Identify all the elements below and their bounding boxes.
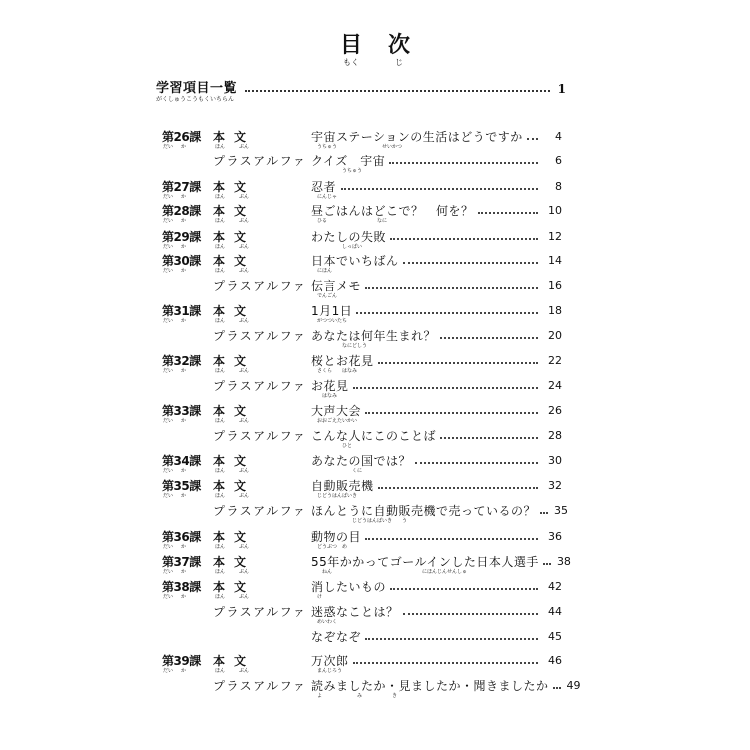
entry-title-ruby: さくら はなみ	[311, 368, 374, 374]
lesson-ruby: だいか	[162, 594, 201, 600]
section-type-main-text: 本文ほんぶん	[213, 254, 255, 274]
section-type-label: 本文	[213, 204, 255, 218]
ruby-text: だい	[163, 144, 173, 150]
entry-title-ruby: ねん にほんじんせんしゅ	[311, 569, 539, 575]
page-number: 1	[558, 82, 566, 96]
ruby-text: ぶん	[239, 268, 249, 274]
ruby-text: ほん	[215, 268, 225, 274]
entry-title-line: 動物の目どうぶつ め36	[311, 530, 562, 550]
toc-entry[interactable]: 第26課だいか本文ほんぶん宇宙ステーションの生活はどうですかうちゅう せいかつ4	[162, 130, 562, 154]
section-type-main-text: 本文ほんぶん	[213, 454, 255, 474]
ruby-text: か	[181, 668, 186, 674]
entry-title-line: 日本でいちばんにほん14	[311, 254, 562, 274]
lesson-label: 第37課	[162, 555, 201, 569]
lesson-number: 第34課だいか	[162, 454, 201, 474]
dot-leader	[390, 230, 538, 240]
lesson-label: 第31課	[162, 304, 201, 318]
section-type-label: 本文	[213, 304, 255, 318]
entry-title: なぞなぞ	[311, 630, 361, 644]
lesson-ruby: だいか	[162, 318, 201, 324]
section-type-ruby: ほんぶん	[213, 144, 255, 150]
section-type-label: プラスアルファ	[213, 504, 306, 518]
section-type-label: 本文	[213, 130, 255, 144]
page-number: 46	[544, 654, 562, 668]
lesson-ruby: だいか	[162, 493, 201, 499]
page-title: 目 もく 次 じ	[0, 34, 750, 67]
toc-entry[interactable]: プラスアルファこんな人にこのことば ひと28	[162, 429, 562, 453]
entry-title-line: 昼ごはんはどこで？ 何を？ひる なに10	[311, 204, 562, 224]
page-number: 45	[544, 630, 562, 644]
ruby-text: か	[181, 493, 186, 499]
page-number: 16	[544, 279, 562, 293]
page-number: 22	[544, 354, 562, 368]
section-type-plus-alpha: プラスアルファ	[213, 279, 306, 293]
lesson-ruby: だいか	[162, 244, 201, 250]
dot-leader	[389, 154, 538, 164]
toc-entry[interactable]: プラスアルファクイズ 宇宙 うちゅう6	[162, 154, 562, 178]
entry-title: お花見	[311, 379, 349, 393]
section-type-main-text: 本文ほんぶん	[213, 304, 255, 324]
entry-title-line: なぞなぞ45	[311, 630, 562, 644]
ruby-text: か	[181, 544, 186, 550]
section-type-ruby: ほんぶん	[213, 218, 255, 224]
entry-title-ruby: うちゅう	[311, 168, 385, 174]
lesson-ruby: だいか	[162, 368, 201, 374]
ruby-text: ぶん	[239, 569, 249, 575]
dot-leader	[356, 304, 538, 314]
lesson-label: 第27課	[162, 180, 201, 194]
lesson-number: 第33課だいか	[162, 404, 201, 424]
entry-title: あなたの国では？	[311, 454, 411, 468]
lesson-label: 第26課	[162, 130, 201, 144]
ruby-text: ほん	[215, 418, 225, 424]
lesson-label: 第28課	[162, 204, 201, 218]
lesson-ruby: だいか	[162, 544, 201, 550]
lesson-label: 第35課	[162, 479, 201, 493]
ruby-text: ぶん	[239, 594, 249, 600]
section-type-ruby: ほんぶん	[213, 244, 255, 250]
lesson-number: 第36課だいか	[162, 530, 201, 550]
ruby-text: ぶん	[239, 194, 249, 200]
entry-title-line: 忍者にんじゃ8	[311, 180, 562, 200]
page-number: 6	[544, 154, 562, 168]
ruby-text: ぶん	[239, 318, 249, 324]
entry-title-ruby: け	[311, 594, 386, 600]
title-ruby: もく	[343, 58, 359, 67]
entry-title: 伝言メモ	[311, 279, 361, 293]
dot-leader	[353, 654, 538, 664]
lesson-number: 第35課だいか	[162, 479, 201, 499]
section-type-plus-alpha: プラスアルファ	[213, 154, 306, 168]
ruby-text: か	[181, 218, 186, 224]
entry-title: 昼ごはんはどこで？ 何を？	[311, 204, 474, 218]
section-type-main-text: 本文ほんぶん	[213, 354, 255, 374]
entry-title-ruby: うちゅう せいかつ	[311, 144, 523, 150]
section-type-main-text: 本文ほんぶん	[213, 580, 255, 600]
section-type-label: プラスアルファ	[213, 154, 306, 168]
page-number: 30	[544, 454, 562, 468]
entry-title-ruby: ひる なに	[311, 218, 474, 224]
section-type-label: プラスアルファ	[213, 329, 306, 343]
entry-title-line: ほんとうに自動販売機で売っているの？ じどうはんばいき う35	[311, 504, 562, 524]
ruby-text: だい	[163, 218, 173, 224]
section-type-main-text: 本文ほんぶん	[213, 479, 255, 499]
toc-entry[interactable]: プラスアルファほんとうに自動販売機で売っているの？ じどうはんばいき う35	[162, 504, 562, 528]
entry-title-line: 55年かかってゴールインした日本人選手 ねん にほんじんせんしゅ38	[311, 555, 562, 575]
dot-leader	[440, 429, 538, 439]
entry-title-line: 消したいものけ42	[311, 580, 562, 600]
section-type-plus-alpha: プラスアルファ	[213, 429, 306, 443]
lesson-ruby: だいか	[162, 569, 201, 575]
section-type-ruby: ほんぶん	[213, 569, 255, 575]
entry-title-ruby: にんじゃ	[311, 194, 337, 200]
ruby-text: ぶん	[239, 368, 249, 374]
entry-title: ほんとうに自動販売機で売っているの？	[311, 504, 536, 518]
dot-leader	[540, 504, 548, 514]
entry-title-line: あなたは何年生まれ？ なにどしう20	[311, 329, 562, 349]
ruby-text: か	[181, 368, 186, 374]
lesson-label: 第36課	[162, 530, 201, 544]
section-type-main-text: 本文ほんぶん	[213, 230, 255, 250]
section-type-main-text: 本文ほんぶん	[213, 180, 255, 200]
ruby-text: ほん	[215, 569, 225, 575]
entry-title: 日本でいちばん	[311, 254, 399, 268]
ruby-text: か	[181, 318, 186, 324]
page-number: 36	[544, 530, 562, 544]
ruby-text: だい	[163, 244, 173, 250]
entry-title: 桜とお花見	[311, 354, 374, 368]
entry-title-ruby: がつついたち	[311, 318, 352, 324]
entry-title-ruby: おおごえたいかい	[311, 418, 361, 424]
ruby-text: か	[181, 418, 186, 424]
entry-title: 自動販売機	[311, 479, 374, 493]
section-type-label: プラスアルファ	[213, 605, 306, 619]
entry-title-line: 読みましたか・見ましたか・聞きましたかよ み き49	[311, 679, 562, 699]
dot-leader	[527, 130, 538, 140]
dot-leader	[378, 354, 538, 364]
toc-entry[interactable]: プラスアルファ読みましたか・見ましたか・聞きましたかよ み き49	[162, 679, 562, 703]
section-type-main-text: 本文ほんぶん	[213, 555, 255, 575]
dot-leader	[341, 180, 538, 190]
lesson-label: 第30課	[162, 254, 201, 268]
entry-title: 消したいもの	[311, 580, 386, 594]
ruby-text: ほん	[215, 493, 225, 499]
ruby-text: ほん	[215, 668, 225, 674]
entry-title: 忍者	[311, 180, 337, 194]
lesson-number: 第39課だいか	[162, 654, 201, 674]
lesson-label: 第39課	[162, 654, 201, 668]
page-number: 38	[557, 555, 571, 569]
ruby-text: ぶん	[239, 218, 249, 224]
ruby-text: だい	[163, 594, 173, 600]
entry-title: わたしの失敗	[311, 230, 386, 244]
lesson-number: 第30課だいか	[162, 254, 201, 274]
section-type-ruby: ほんぶん	[213, 493, 255, 499]
lesson-ruby: だいか	[162, 194, 201, 200]
section-type-label: プラスアルファ	[213, 379, 306, 393]
toc-entry[interactable]: 第39課だいか本文ほんぶん万次郎まんじろう46	[162, 654, 562, 678]
dot-leader	[390, 580, 538, 590]
entry-title-ruby: じどうはんばいき	[311, 493, 374, 499]
section-type-label: 本文	[213, 530, 255, 544]
toc-entry[interactable]: 第36課だいか本文ほんぶん動物の目どうぶつ め36	[162, 530, 562, 554]
ruby-text: ほん	[215, 368, 225, 374]
lesson-number: 第38課だいか	[162, 580, 201, 600]
section-type-main-text: 本文ほんぶん	[213, 204, 255, 224]
toc-entry[interactable]: なぞなぞ45	[162, 630, 562, 654]
lesson-ruby: だいか	[162, 468, 201, 474]
entry-title: 1月1日	[311, 304, 352, 318]
ruby-text: ほん	[215, 144, 225, 150]
ruby-text: か	[181, 268, 186, 274]
section-type-label: 本文	[213, 580, 255, 594]
section-type-main-text: 本文ほんぶん	[213, 404, 255, 424]
lesson-label: 第29課	[162, 230, 201, 244]
title-ruby: じ	[395, 58, 403, 67]
page-number: 28	[544, 429, 562, 443]
toc-entry[interactable]: プラスアルファあなたは何年生まれ？ なにどしう20	[162, 329, 562, 353]
ruby-text: ほん	[215, 594, 225, 600]
page-number: 26	[544, 404, 562, 418]
toc-entry[interactable]: 第27課だいか本文ほんぶん忍者にんじゃ8	[162, 180, 562, 204]
lesson-ruby: だいか	[162, 218, 201, 224]
dot-leader	[378, 479, 538, 489]
toc-entry-overview[interactable]: 学習項目一覧 がくしゅうこうもくいちらん 1	[156, 82, 566, 103]
entry-title-ruby: ひと	[311, 443, 436, 449]
ruby-text: か	[181, 144, 186, 150]
ruby-text: だい	[163, 268, 173, 274]
dot-leader	[365, 530, 538, 540]
page-number: 35	[554, 504, 568, 518]
ruby-text: ほん	[215, 468, 225, 474]
toc-page: 目 もく 次 じ 学習項目一覧 がくしゅうこうもくいちらん 1 第26課だいか本…	[0, 0, 750, 750]
ruby-text: だい	[163, 368, 173, 374]
entry-title: あなたは何年生まれ？	[311, 329, 436, 343]
entry-title-ruby: めいわく	[311, 619, 399, 625]
page-number: 10	[544, 204, 562, 218]
lesson-ruby: だいか	[162, 668, 201, 674]
lesson-number: 第26課だいか	[162, 130, 201, 150]
ruby-text: ほん	[215, 318, 225, 324]
entry-title-line: お花見 はなみ24	[311, 379, 562, 399]
section-type-label: プラスアルファ	[213, 429, 306, 443]
ruby-text: だい	[163, 194, 173, 200]
toc-entry[interactable]: 第38課だいか本文ほんぶん消したいものけ42	[162, 580, 562, 604]
section-type-main-text: 本文ほんぶん	[213, 654, 255, 674]
ruby-text: か	[181, 194, 186, 200]
ruby-text: だい	[163, 569, 173, 575]
entry-title-line: こんな人にこのことば ひと28	[311, 429, 562, 449]
ruby-text: だい	[163, 493, 173, 499]
ruby-text: か	[181, 244, 186, 250]
title-kanji: 目	[340, 34, 362, 58]
entry-title-line: わたしの失敗 しっぱい12	[311, 230, 562, 250]
lesson-label: 第32課	[162, 354, 201, 368]
section-type-label: 本文	[213, 354, 255, 368]
section-type-label: 本文	[213, 230, 255, 244]
dot-leader	[553, 679, 561, 689]
toc-entry[interactable]: 第35課だいか本文ほんぶん自動販売機じどうはんばいき32	[162, 479, 562, 503]
section-type-plus-alpha: プラスアルファ	[213, 605, 306, 619]
page-number: 44	[544, 605, 562, 619]
entry-title-line: 自動販売機じどうはんばいき32	[311, 479, 562, 499]
lesson-label: 第34課	[162, 454, 201, 468]
section-type-ruby: ほんぶん	[213, 268, 255, 274]
toc-entry[interactable]: プラスアルファお花見 はなみ24	[162, 379, 562, 403]
toc-entry[interactable]: 第29課だいか本文ほんぶんわたしの失敗 しっぱい12	[162, 230, 562, 254]
section-type-ruby: ほんぶん	[213, 368, 255, 374]
ruby-text: ほん	[215, 218, 225, 224]
entry-title-line: クイズ 宇宙 うちゅう6	[311, 154, 562, 174]
lesson-ruby: だいか	[162, 144, 201, 150]
entry-title-ruby: くに	[311, 468, 411, 474]
entry-title: こんな人にこのことば	[311, 429, 436, 443]
ruby-text: か	[181, 569, 186, 575]
dot-leader	[415, 454, 538, 464]
lesson-number: 第29課だいか	[162, 230, 201, 250]
dot-leader	[403, 605, 538, 615]
title-kanji: 次	[388, 34, 410, 58]
entry-title-line: 1月1日がつついたち18	[311, 304, 562, 324]
dot-leader	[403, 254, 538, 264]
section-type-plus-alpha: プラスアルファ	[213, 504, 306, 518]
lesson-label: 第38課	[162, 580, 201, 594]
ruby-text: だい	[163, 544, 173, 550]
entry-title-ruby: なにどしう	[311, 343, 436, 349]
page-number: 4	[544, 130, 562, 144]
entry-title: 万次郎	[311, 654, 349, 668]
toc-entry[interactable]: プラスアルファ迷惑なことは？めいわく44	[162, 605, 562, 629]
ruby-text: ぶん	[239, 244, 249, 250]
ruby-text: ぶん	[239, 544, 249, 550]
ruby-text: だい	[163, 668, 173, 674]
lesson-number: 第27課だいか	[162, 180, 201, 200]
overview-ruby: がくしゅうこうもくいちらん	[156, 96, 237, 103]
page-number: 8	[544, 180, 562, 194]
section-type-ruby: ほんぶん	[213, 194, 255, 200]
toc-entry[interactable]: 第33課だいか本文ほんぶん大声大会おおごえたいかい26	[162, 404, 562, 428]
entry-title-line: 大声大会おおごえたいかい26	[311, 404, 562, 424]
section-type-ruby: ほんぶん	[213, 668, 255, 674]
toc-entry[interactable]: 第31課だいか本文ほんぶん1月1日がつついたち18	[162, 304, 562, 328]
ruby-text: ほん	[215, 194, 225, 200]
dot-leader	[543, 555, 551, 565]
section-type-ruby: ほんぶん	[213, 594, 255, 600]
section-type-plus-alpha: プラスアルファ	[213, 679, 306, 693]
ruby-text: か	[181, 468, 186, 474]
entry-title: 55年かかってゴールインした日本人選手	[311, 555, 539, 569]
section-type-label: 本文	[213, 454, 255, 468]
toc-entry[interactable]: 第28課だいか本文ほんぶん昼ごはんはどこで？ 何を？ひる なに10	[162, 204, 562, 228]
section-type-main-text: 本文ほんぶん	[213, 530, 255, 550]
ruby-text: ほん	[215, 244, 225, 250]
entry-title-line: 迷惑なことは？めいわく44	[311, 605, 562, 625]
entry-title-ruby: よ み き	[311, 693, 549, 699]
section-type-plus-alpha: プラスアルファ	[213, 329, 306, 343]
toc-entry[interactable]: 第32課だいか本文ほんぶん桜とお花見さくら はなみ22	[162, 354, 562, 378]
ruby-text: ぶん	[239, 668, 249, 674]
page-number: 42	[544, 580, 562, 594]
toc-entry[interactable]: 第34課だいか本文ほんぶんあなたの国では？ くに30	[162, 454, 562, 478]
section-type-label: 本文	[213, 180, 255, 194]
section-type-label: 本文	[213, 254, 255, 268]
section-type-ruby: ほんぶん	[213, 468, 255, 474]
page-number: 49	[567, 679, 581, 693]
entry-title-line: 万次郎まんじろう46	[311, 654, 562, 674]
title-char: 目 もく	[340, 34, 362, 67]
section-type-label: 本文	[213, 404, 255, 418]
dot-leader	[478, 204, 538, 214]
ruby-text: ぶん	[239, 468, 249, 474]
lesson-label: 第33課	[162, 404, 201, 418]
section-type-ruby: ほんぶん	[213, 544, 255, 550]
ruby-text: だい	[163, 468, 173, 474]
toc-entry[interactable]: 第30課だいか本文ほんぶん日本でいちばんにほん14	[162, 254, 562, 278]
lesson-number: 第32課だいか	[162, 354, 201, 374]
entry-title-ruby: はなみ	[311, 393, 349, 399]
section-type-plus-alpha: プラスアルファ	[213, 379, 306, 393]
entry-title: 迷惑なことは？	[311, 605, 399, 619]
entry-title-ruby: じどうはんばいき う	[311, 518, 536, 524]
section-type-label: 本文	[213, 479, 255, 493]
entry-title-ruby: まんじろう	[311, 668, 349, 674]
ruby-text: だい	[163, 318, 173, 324]
page-number: 18	[544, 304, 562, 318]
lesson-number: 第37課だいか	[162, 555, 201, 575]
title-char: 次 じ	[388, 34, 410, 67]
entry-title: クイズ 宇宙	[311, 154, 385, 168]
entry-title-ruby: でんごん	[311, 293, 361, 299]
dot-leader	[365, 630, 538, 640]
entry-title: 読みましたか・見ましたか・聞きましたか	[311, 679, 549, 693]
lesson-number: 第28課だいか	[162, 204, 201, 224]
page-number: 12	[544, 230, 562, 244]
entry-title-ruby: どうぶつ め	[311, 544, 361, 550]
section-type-label: プラスアルファ	[213, 679, 306, 693]
ruby-text: か	[181, 594, 186, 600]
section-type-ruby: ほんぶん	[213, 318, 255, 324]
section-type-main-text: 本文ほんぶん	[213, 130, 255, 150]
page-number: 20	[544, 329, 562, 343]
entry-title-line: あなたの国では？ くに30	[311, 454, 562, 474]
lesson-ruby: だいか	[162, 268, 201, 274]
entry-title-line: 伝言メモでんごん16	[311, 279, 562, 299]
toc-entry[interactable]: プラスアルファ伝言メモでんごん16	[162, 279, 562, 303]
dot-leader	[245, 82, 550, 92]
section-type-ruby: ほんぶん	[213, 418, 255, 424]
dot-leader	[353, 379, 538, 389]
entry-title-line: 桜とお花見さくら はなみ22	[311, 354, 562, 374]
dot-leader	[365, 279, 538, 289]
dot-leader	[440, 329, 538, 339]
ruby-text: ほん	[215, 544, 225, 550]
section-type-label: プラスアルファ	[213, 279, 306, 293]
entry-title-ruby: しっぱい	[311, 244, 386, 250]
page-number: 24	[544, 379, 562, 393]
ruby-text: ぶん	[239, 418, 249, 424]
overview-label: 学習項目一覧	[156, 82, 237, 96]
lesson-ruby: だいか	[162, 418, 201, 424]
ruby-text: ぶん	[239, 144, 249, 150]
ruby-text: ぶん	[239, 493, 249, 499]
entry-title-line: 宇宙ステーションの生活はどうですかうちゅう せいかつ4	[311, 130, 562, 150]
entry-title: 大声大会	[311, 404, 361, 418]
entry-title-ruby: にほん	[311, 268, 399, 274]
entry-title: 宇宙ステーションの生活はどうですか	[311, 130, 523, 144]
toc-entry[interactable]: 第37課だいか本文ほんぶん55年かかってゴールインした日本人選手 ねん にほんじ…	[162, 555, 562, 579]
ruby-text: だい	[163, 418, 173, 424]
section-type-label: 本文	[213, 654, 255, 668]
